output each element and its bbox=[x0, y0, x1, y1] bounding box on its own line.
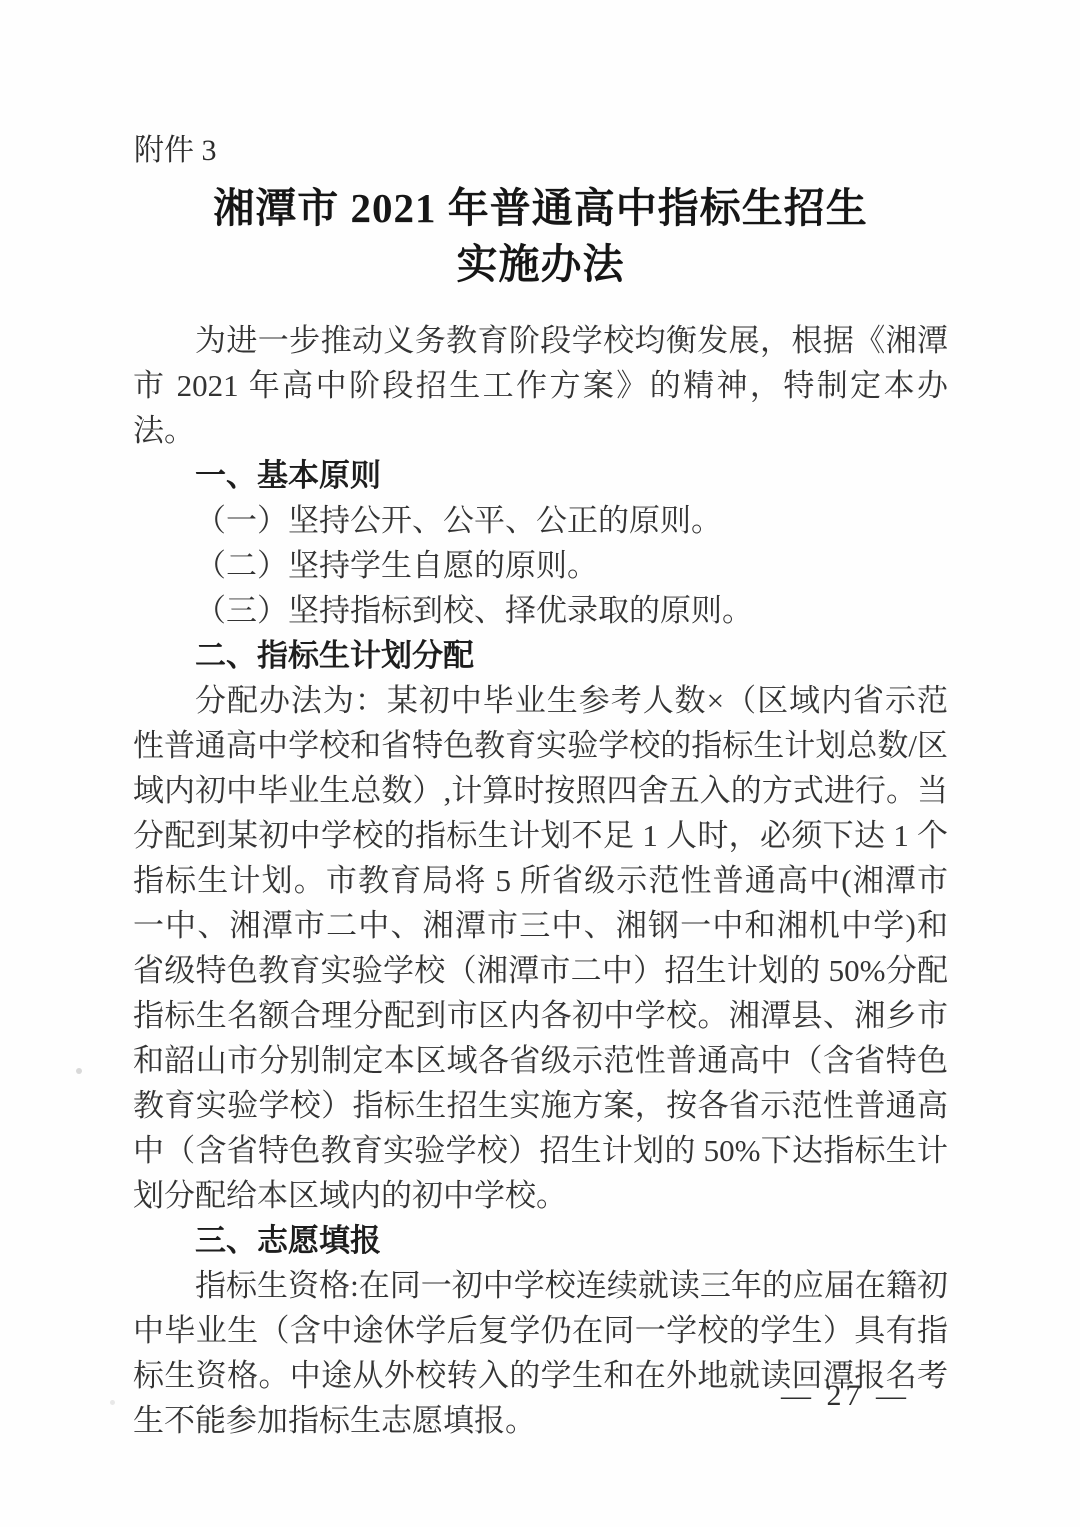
intro-paragraph: 为进一步推动义务教育阶段学校均衡发展，根据《湘潭市 2021 年高中阶段招生工作… bbox=[133, 318, 948, 453]
document-title: 湘潭市 2021 年普通高中指标生招生 实施办法 bbox=[133, 180, 948, 292]
allocation-paragraph: 分配办法为：某初中毕业生参考人数×（区域内省示范性普通高中学校和省特色教育实验学… bbox=[133, 678, 948, 1218]
scan-artifact-dot bbox=[76, 1068, 82, 1074]
principle-item-2: （二）坚持学生自愿的原则。 bbox=[133, 543, 948, 588]
document-body: 为进一步推动义务教育阶段学校均衡发展，根据《湘潭市 2021 年高中阶段招生工作… bbox=[133, 318, 948, 1443]
title-line-1: 湘潭市 2021 年普通高中指标生招生 bbox=[133, 180, 948, 236]
scan-artifact-dot bbox=[110, 1400, 115, 1405]
section-heading-basic-principles: 一、基本原则 bbox=[133, 453, 948, 498]
principle-item-1: （一）坚持公开、公平、公正的原则。 bbox=[133, 498, 948, 543]
title-line-2: 实施办法 bbox=[133, 236, 948, 292]
page-number: — 27 — bbox=[781, 1378, 910, 1414]
attachment-label: 附件 3 bbox=[134, 132, 217, 170]
eligibility-paragraph: 指标生资格:在同一初中学校连续就读三年的应届在籍初中毕业生（含中途休学后复学仍在… bbox=[133, 1263, 948, 1443]
document-page: 附件 3 湘潭市 2021 年普通高中指标生招生 实施办法 为进一步推动义务教育… bbox=[0, 0, 1080, 1527]
principle-item-3: （三）坚持指标到校、择优录取的原则。 bbox=[133, 588, 948, 633]
section-heading-application: 三、志愿填报 bbox=[133, 1218, 948, 1263]
section-heading-quota-allocation: 二、指标生计划分配 bbox=[133, 633, 948, 678]
